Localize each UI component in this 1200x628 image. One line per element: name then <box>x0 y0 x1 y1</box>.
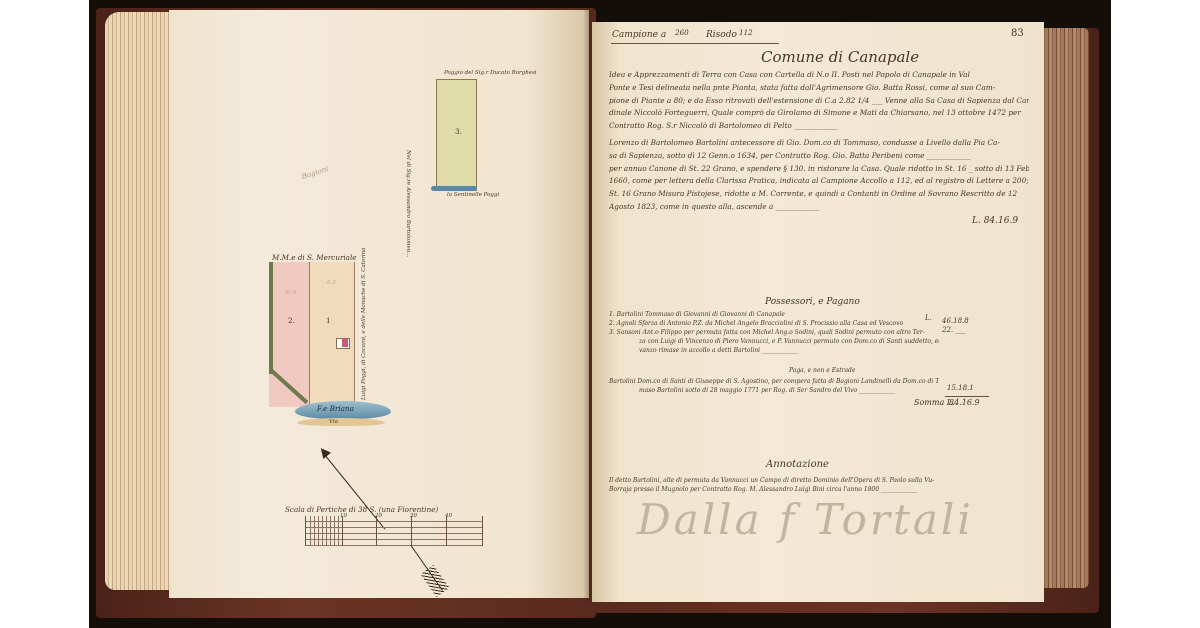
subsection-text: Bartolini Dom.co di Santi di Giuseppe di… <box>609 377 939 395</box>
road-via <box>297 418 385 426</box>
paragraph-2-line: Agosto 1823, come in questo alla, ascend… <box>609 201 969 214</box>
parcel-1-pencil-note: 8.5 <box>327 280 336 286</box>
scale-tick-20: 20 <box>375 513 382 519</box>
possessor-row: 2. Agnoli Sforza di Antonio P.Z. da Mich… <box>609 319 939 328</box>
annotation-title: Annotazione <box>766 459 829 470</box>
map-top-label: M.M.e di S. Mercuriale <box>272 253 357 262</box>
paragraph-2-line: St. 16 Grano Misura Pistojese, ridotte a… <box>609 188 1029 201</box>
scale-bar <box>305 516 483 546</box>
river-stream-parcel-3 <box>431 186 477 191</box>
parcel-2-number: 2. <box>288 316 295 325</box>
paragraph-2: Lorenzo di Bartolomeo Bartolini antecess… <box>609 137 1029 214</box>
paragraph-2-line: sa di Sapienza, sotto dì 12 Genn.o 1634,… <box>609 150 1029 163</box>
annotation-line: Borraja presso il Mugnolo per Contratto … <box>609 485 949 494</box>
road-border <box>269 262 273 374</box>
possessor-1-currency: L. <box>925 314 932 322</box>
paragraph-1-line: dinale Niccolò Forteguerri, Quale comprò… <box>609 107 1029 120</box>
parcel-3-top-label: Poggio del Sig.r Ducato Borghesi <box>444 70 537 76</box>
parcel-3-number: 3. <box>455 127 462 136</box>
subsection-amount: 15.18.1 <box>947 384 974 392</box>
paragraph-2-line: per annuo Canone di St. 22 Grano, e spen… <box>609 163 1029 176</box>
annotation-text: Il detto Bartolini, alle di permuta da V… <box>609 476 949 494</box>
house-red-marker <box>342 338 348 347</box>
pencil-signature: Dalla f Tortali <box>637 495 974 544</box>
subsection-line: Bartolini Dom.co di Santi di Giuseppe di… <box>609 377 939 386</box>
page-edges-right <box>1041 28 1089 588</box>
road-label: Via <box>329 419 338 425</box>
document-title: Comune di Canapale <box>761 48 919 66</box>
book-photo: Poggio del Sig.r Ducato Borghesi 3. Nel … <box>89 0 1111 628</box>
scale-tick-30: 30 <box>410 513 417 519</box>
possessor-continuation: za con Luigi di Vincenzo di Piero Vannuc… <box>609 337 939 346</box>
possessor-2-amount: 22. ___ <box>942 326 966 334</box>
subsection-title: Paga, e non e Estrade <box>789 367 855 374</box>
rendita-label: Risodo <box>706 30 737 40</box>
subsection-line: maso Bartolini sotto di 28 maggio 1771 p… <box>609 386 939 395</box>
possessor-continuation: vanzo rimase in accollo a detti Bartolin… <box>609 346 939 355</box>
parcel-3-side-note: Nel dì Sig.re Alessandro Bartolomeo... <box>405 150 411 250</box>
page-number: 83 <box>1011 28 1024 39</box>
paragraph-1-line: Contratto Rog. S.r Niccolò di Bartolomeo… <box>609 120 1029 133</box>
campione-value: 260 <box>675 28 689 37</box>
paragraph-1-line: Idea e Apprezzamenti di Terra con Casa c… <box>609 69 1029 82</box>
rendita-value: 112 <box>739 28 753 37</box>
possessors-title: Possessori, e Pagano <box>765 297 860 307</box>
map-side-label: Luigi Poggi, di Cocomi, e delle Monache … <box>361 280 367 400</box>
page-edges-left <box>105 12 171 590</box>
sum-rule <box>945 396 989 397</box>
parcel-1-number: 1 <box>326 316 331 325</box>
parcel-2-pencil-note: Sf A <box>285 290 297 296</box>
paragraph-1-line: pione di Piante a 80; e da Esso ritrovat… <box>609 95 1029 108</box>
paragraph-2-line: 1660, come per lettera della Clarissa Pr… <box>609 175 1029 188</box>
possessors-list: 1. Bartolini Tommaso di Giovanni di Giov… <box>609 310 939 355</box>
scale-tick-10: 10 <box>340 513 347 519</box>
header-underline <box>611 43 779 44</box>
annotation-line: Il detto Bartolini, alle di permuta da V… <box>609 476 949 485</box>
possessor-row: 3. Sansoni Ant.o Filippo per permuta fat… <box>609 328 939 337</box>
paragraph-2-line: Lorenzo di Bartolomeo Bartolini antecess… <box>609 137 1029 150</box>
possessor-1-amount: 46.18.8 <box>942 317 969 325</box>
parcel-3-bottom-label: la Sentinelle Poggi <box>447 192 499 198</box>
river-label: F.e Briana <box>317 404 354 413</box>
possessor-row: 1. Bartolini Tommaso di Giovanni di Giov… <box>609 310 939 319</box>
paragraph-1-line: Ponte e Tesi delineata nella pnte Pianta… <box>609 82 1029 95</box>
paragraph-1: Idea e Apprezzamenti di Terra con Casa c… <box>609 69 1029 133</box>
campione-label: Campione a <box>612 30 666 40</box>
scale-tick-40: 40 <box>445 513 452 519</box>
paragraph-2-total: L. 84.16.9 <box>972 216 1018 226</box>
somma-value: 84.16.9 <box>949 398 980 407</box>
